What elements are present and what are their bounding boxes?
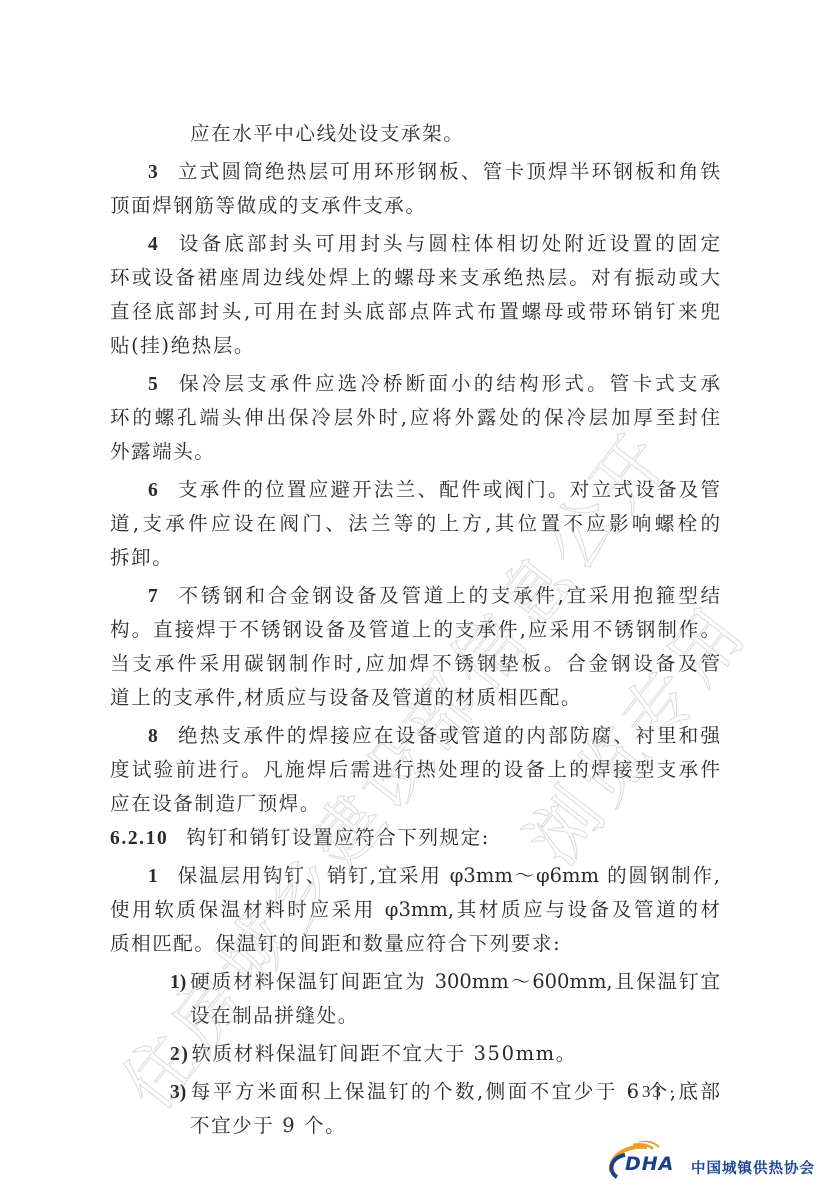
organization-name: 中国城镇供热协会	[691, 1157, 815, 1178]
line-text: 软质材料保温钉间距不宜大于 350mm。	[191, 1042, 576, 1065]
clause-number: 7	[148, 586, 158, 607]
line-text: 外露端头。	[110, 440, 216, 463]
text-line: 2)软质材料保温钉间距不宜大于 350mm。	[170, 1042, 720, 1067]
text-line: 1)硬质材料保温钉间距宜为 300mm～600mm,且保温钉宜	[170, 970, 720, 995]
text-line: 8绝热支承件的焊接应在设备或管道的内部防腐、衬里和强	[148, 724, 720, 749]
text-line: 度试验前进行。凡施焊后需进行热处理的设备上的焊接型支承件	[110, 758, 720, 782]
line-text: 质相匹配。保温钉的间距和数量应符合下列要求:	[110, 932, 561, 955]
text-line: 应在水平中心线处设支承架。	[190, 122, 720, 146]
text-line: 直径底部封头,可用在封头底部点阵式布置螺母或带环销钉来兜	[110, 300, 720, 324]
line-text: 贴(挂)绝热层。	[110, 334, 255, 357]
line-text: 拆卸。	[110, 546, 173, 569]
line-text: 绝热支承件的焊接应在设备或管道的内部防腐、衬里和强	[176, 724, 720, 747]
text-line: 5保冷层支承件应选冷桥断面小的结构形式。管卡式支承	[148, 372, 720, 397]
clause-number: 1)	[170, 972, 186, 993]
clause-number: 1	[148, 866, 158, 887]
text-line: 拆卸。	[110, 546, 720, 570]
line-text: 环或设备裙座周边线处焊上的螺母来支承绝热层。对有振动或大	[110, 266, 720, 289]
text-line: 构。直接焊于不锈钢设备及管道上的支承件,应采用不锈钢制作。	[110, 618, 720, 642]
line-text: 钩钉和销钉设置应符合下列规定:	[186, 826, 490, 849]
text-line: 环的螺孔端头伸出保冷层外时,应将外露处的保冷层加厚至封住	[110, 406, 720, 430]
text-line: 6.2.10钩钉和销钉设置应符合下列规定:	[110, 826, 720, 851]
line-text: 环的螺孔端头伸出保冷层外时,应将外露处的保冷层加厚至封住	[110, 406, 720, 429]
text-line: 当支承件采用碳钢制作时,应加焊不锈钢垫板。合金钢设备及管	[110, 652, 720, 676]
text-line: 顶面焊钢筋等做成的支承件支承。	[110, 194, 720, 218]
line-text: 设备底部封头可用封头与圆柱体相切处附近设置的固定	[176, 232, 720, 255]
text-line: 道上的支承件,材质应与设备及管道的材质相匹配。	[110, 686, 720, 710]
line-text: 不宜少于 9 个。	[190, 1114, 346, 1137]
text-line: 道,支承件应设在阀门、法兰等的上方,其位置不应影响螺栓的	[110, 512, 720, 536]
line-text: 应在水平中心线处设支承架。	[190, 122, 464, 145]
clause-number: 3)	[170, 1082, 186, 1103]
line-text: 不锈钢和合金钢设备及管道上的支承件,宜采用抱箍型结	[176, 584, 720, 607]
text-line: 外露端头。	[110, 440, 720, 464]
line-text: 度试验前进行。凡施焊后需进行热处理的设备上的焊接型支承件	[110, 758, 720, 781]
text-line: 贴(挂)绝热层。	[110, 334, 720, 358]
line-text: 当支承件采用碳钢制作时,应加焊不锈钢垫板。合金钢设备及管	[110, 652, 720, 675]
clause-number: 3	[148, 162, 158, 183]
clause-number: 6.2.10	[110, 828, 168, 849]
clause-number: 8	[148, 726, 158, 747]
dha-abbr: DHA	[625, 1153, 674, 1175]
clause-number: 5	[148, 374, 158, 395]
line-text: 保冷层支承件应选冷桥断面小的结构形式。管卡式支承	[176, 372, 720, 395]
text-line: 环或设备裙座周边线处焊上的螺母来支承绝热层。对有振动或大	[110, 266, 720, 290]
text-line: 4设备底部封头可用封头与圆柱体相切处附近设置的固定	[148, 232, 720, 257]
line-text: 应在设备制造厂预焊。	[110, 792, 321, 815]
text-line: 6支承件的位置应避开法兰、配件或阀门。对立式设备及管	[148, 478, 720, 503]
text-line: 7不锈钢和合金钢设备及管道上的支承件,宜采用抱箍型结	[148, 584, 720, 609]
line-text: 道上的支承件,材质应与设备及管道的材质相匹配。	[110, 686, 582, 709]
text-line: 应在设备制造厂预焊。	[110, 792, 720, 816]
footer-logo: DHA 中国城镇供热协会	[603, 1141, 823, 1181]
clause-number: 2)	[170, 1044, 189, 1065]
page-number: · 33 ·	[628, 1082, 677, 1102]
clause-number: 6	[148, 480, 158, 501]
text-line: 1保温层用钩钉、销钉,宜采用 φ3mm～φ6mm 的圆钢制作,	[148, 864, 720, 889]
line-text: 使用软质保温材料时应采用 φ3mm,其材质应与设备及管道的材	[110, 898, 720, 921]
line-text: 道,支承件应设在阀门、法兰等的上方,其位置不应影响螺栓的	[110, 512, 720, 535]
line-text: 直径底部封头,可用在封头底部点阵式布置螺母或带环销钉来兜	[110, 300, 720, 323]
line-text: 保温层用钩钉、销钉,宜采用 φ3mm～φ6mm 的圆钢制作,	[176, 864, 720, 887]
text-line: 不宜少于 9 个。	[190, 1114, 720, 1138]
line-text: 支承件的位置应避开法兰、配件或阀门。对立式设备及管	[176, 478, 720, 501]
text-line: 使用软质保温材料时应采用 φ3mm,其材质应与设备及管道的材	[110, 898, 720, 922]
line-text: 硬质材料保温钉间距宜为 300mm～600mm,且保温钉宜	[188, 970, 720, 993]
text-line: 设在制品拼缝处。	[190, 1004, 720, 1028]
text-line: 质相匹配。保温钉的间距和数量应符合下列要求:	[110, 932, 720, 956]
line-text: 立式圆筒绝热层可用环形钢板、管卡顶焊半环钢板和角铁	[176, 160, 720, 183]
line-text: 构。直接焊于不锈钢设备及管道上的支承件,应采用不锈钢制作。	[110, 618, 720, 641]
line-text: 顶面焊钢筋等做成的支承件支承。	[110, 194, 427, 217]
text-line: 3立式圆筒绝热层可用环形钢板、管卡顶焊半环钢板和角铁	[148, 160, 720, 185]
line-text: 设在制品拼缝处。	[190, 1004, 359, 1027]
clause-number: 4	[148, 234, 158, 255]
document-page: 应在水平中心线处设支承架。3立式圆筒绝热层可用环形钢板、管卡顶焊半环钢板和角铁顶…	[0, 0, 827, 1199]
